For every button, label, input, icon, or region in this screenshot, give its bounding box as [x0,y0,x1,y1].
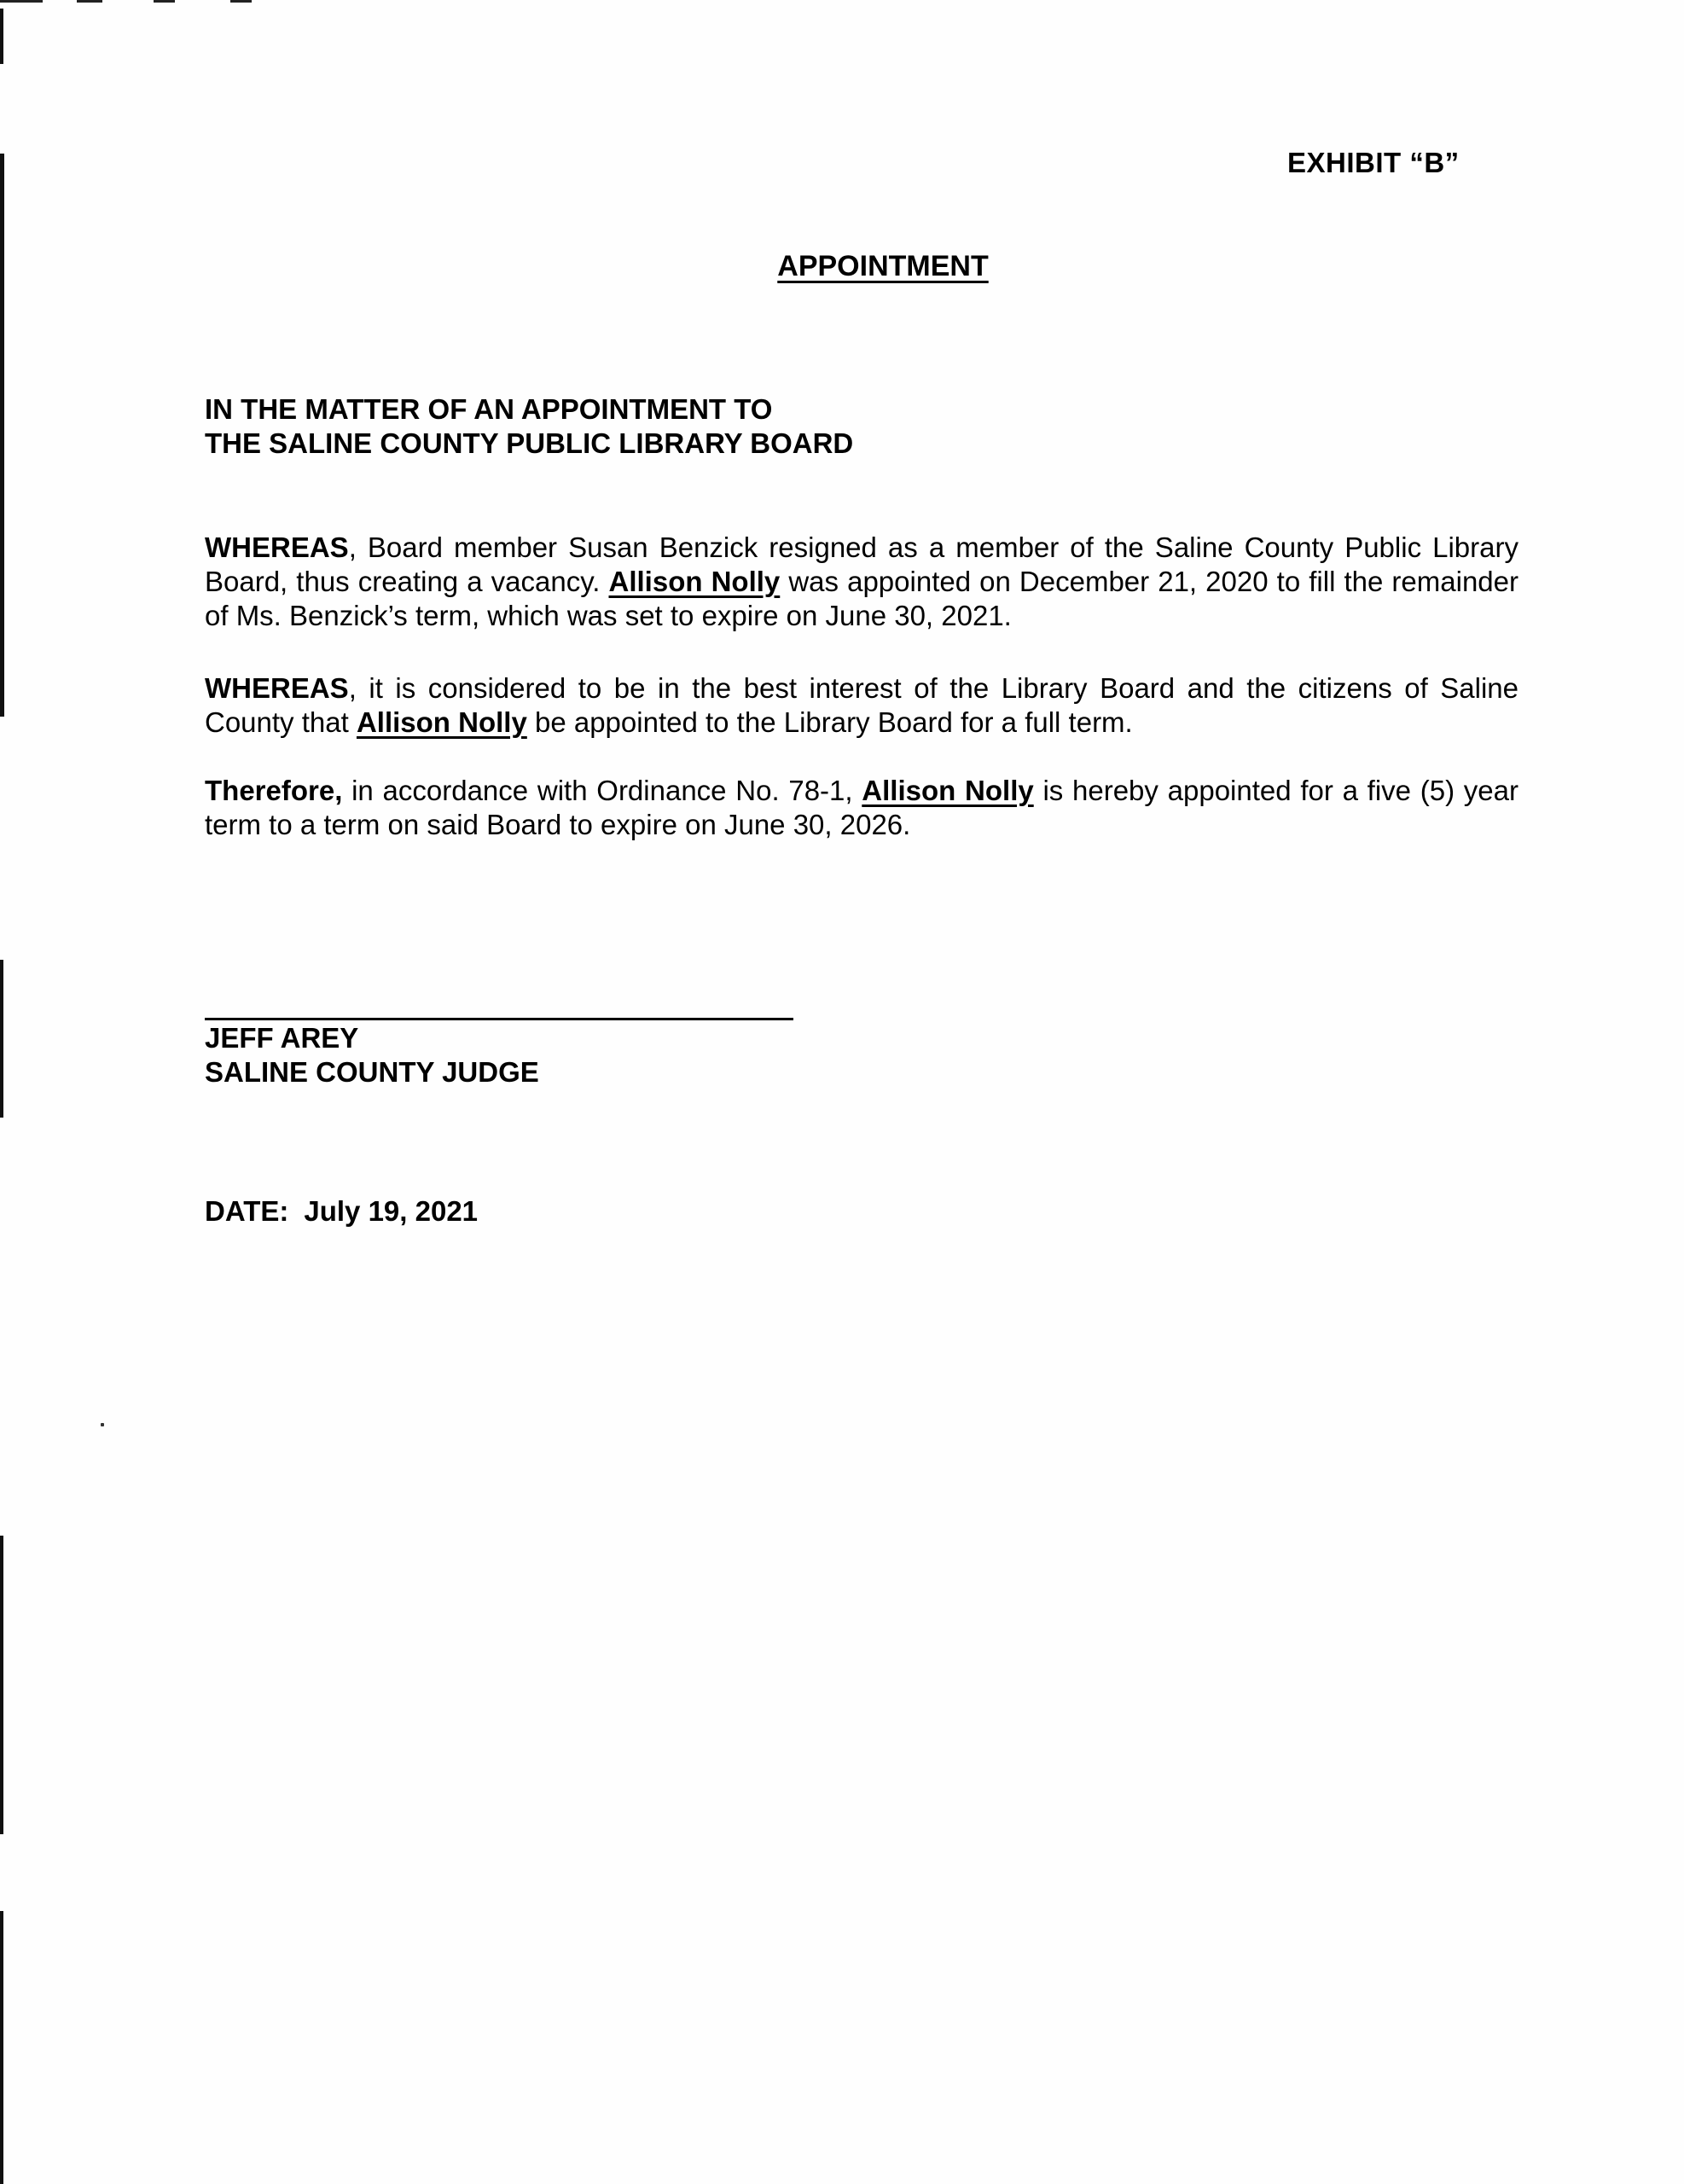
signer-name: JEFF AREY [205,1021,539,1055]
date-line: DATE:July 19, 2021 [205,1195,478,1228]
appointee-name: Allison Nolly [357,706,527,738]
paragraph-text: in accordance with Ordinance No. 78-1, [342,775,862,806]
scan-top-mark [154,0,175,3]
appointee-name: Allison Nolly [609,566,781,597]
scan-edge-mark [0,1536,3,1834]
matter-heading: IN THE MATTER OF AN APPOINTMENT TO THE S… [205,392,853,461]
document-page: EXHIBIT “B” APPOINTMENT IN THE MATTER OF… [0,0,1684,2184]
scan-top-mark [0,0,43,3]
paragraph-lead: Therefore, [205,775,342,806]
scan-edge-mark [0,1911,3,2184]
date-label: DATE: [205,1195,288,1227]
appointee-name: Allison Nolly [862,775,1033,806]
scan-edge-mark [0,960,3,1118]
paragraph-lead: WHEREAS [205,672,349,704]
signature-line [205,1018,793,1020]
paragraph-text: be appointed to the Library Board for a … [527,706,1133,738]
exhibit-label: EXHIBIT “B” [1287,147,1460,179]
matter-heading-line-1: IN THE MATTER OF AN APPOINTMENT TO [205,392,853,427]
scan-edge-mark [0,9,3,64]
signature-block: JEFF AREY SALINE COUNTY JUDGE [205,1021,539,1089]
signer-title: SALINE COUNTY JUDGE [205,1055,539,1089]
matter-heading-line-2: THE SALINE COUNTY PUBLIC LIBRARY BOARD [205,427,853,461]
paragraph-lead: WHEREAS [205,531,349,563]
document-title-text: APPOINTMENT [777,250,988,282]
therefore-paragraph: Therefore, in accordance with Ordinance … [205,774,1519,842]
whereas-paragraph-1: WHEREAS, Board member Susan Benzick resi… [205,531,1519,633]
whereas-paragraph-2: WHEREAS, it is considered to be in the b… [205,671,1519,740]
scan-speck [101,1423,104,1426]
scan-top-mark [230,0,252,3]
document-title: APPOINTMENT [0,250,1684,283]
date-value: July 19, 2021 [304,1195,478,1227]
scan-edge-mark [0,154,4,717]
scan-top-mark [77,0,102,3]
